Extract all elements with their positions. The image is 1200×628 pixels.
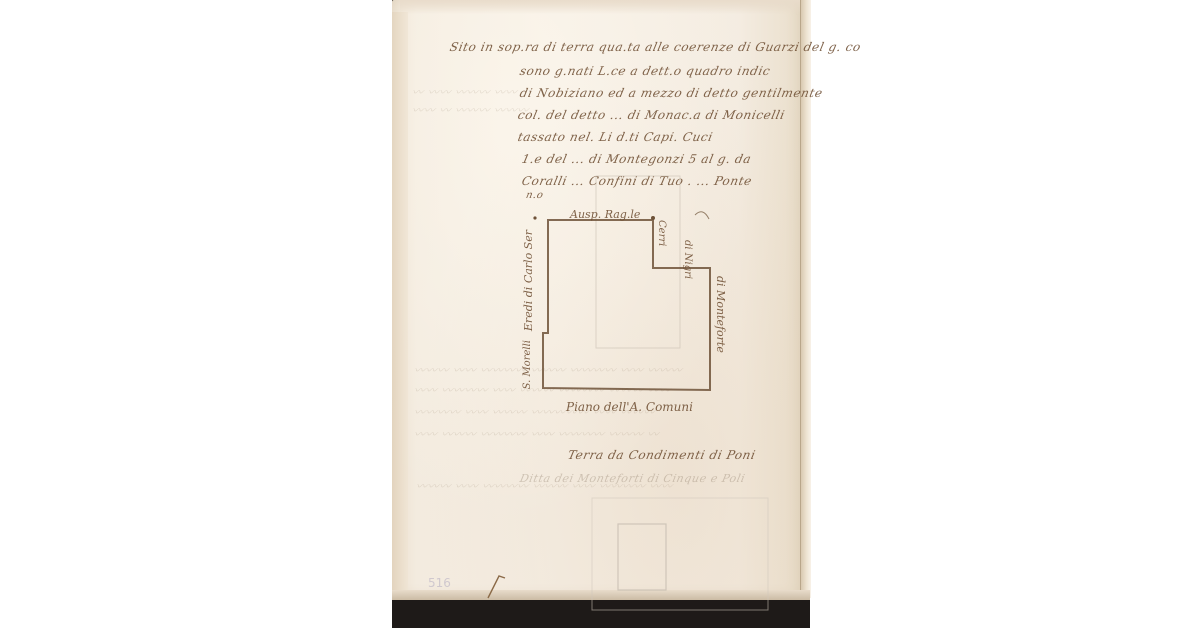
lower-faint-line: Ditta dei Monteforti di Cinque e Poli	[519, 472, 747, 485]
plan-label-south-west: S. Morelli	[522, 340, 533, 389]
plan-label-north: Ausp. Rag.le	[570, 208, 640, 221]
page-bottom-edge	[392, 590, 810, 600]
text-line: di Nobiziano ed a mezzo di detto gentilm…	[519, 86, 825, 100]
text-line: Sito in sop.ra di terra qua.ta alle coer…	[449, 40, 863, 54]
text-line: 1.e del ... di Montegonzi 5 al g. da	[521, 152, 753, 166]
bleed-through-text: 〰〰 〰〰〰 〰〰〰〰 〰〰 〰〰〰〰 〰〰〰 〰	[412, 426, 660, 442]
bleed-through-text: 〰〰 〰〰〰〰 〰〰 〰〰〰 〰〰〰〰 〰〰〰 〰〰	[412, 382, 672, 398]
text-line: tassato nel. Li d.ti Capi. Cuci	[517, 130, 715, 144]
text-line: Coralli ... Confini di Tuo . ... Ponte	[521, 174, 754, 188]
plan-label-east-upper: di Nigri	[682, 240, 693, 279]
text-line: n.o	[525, 190, 545, 201]
plan-label-west: Eredi di Carlo Ser	[522, 230, 535, 331]
page-left-edge	[392, 12, 408, 598]
text-line: col. del detto ... di Monac.a di Monicel…	[517, 108, 787, 122]
pencil-folio-number: 516	[428, 576, 451, 590]
bleed-through-text: 〰〰 〰 〰〰〰 〰〰〰	[410, 102, 530, 118]
text-line: sono g.nati L.ce a dett.o quadro indic	[519, 64, 772, 78]
plan-label-south: Piano dell'A. Comuni	[566, 400, 693, 414]
plan-label-east: di Monteforte	[714, 276, 727, 353]
lower-heading: Terra da Condimenti di Poni	[567, 448, 758, 462]
document-viewer: 〰 〰〰 〰〰〰 〰〰 〰〰 〰 〰〰〰 〰〰〰 〰〰〰 〰〰 〰〰〰〰 〰〰〰…	[0, 0, 1200, 628]
bleed-through-text: 〰〰〰 〰〰 〰〰〰〰 〰〰〰 〰〰〰〰 〰〰 〰〰〰	[412, 362, 684, 378]
plan-label-north-east: Cerri	[656, 220, 667, 246]
bleed-through-text: 〰 〰〰 〰〰〰 〰〰	[410, 84, 518, 100]
page-top-edge	[400, 0, 800, 14]
